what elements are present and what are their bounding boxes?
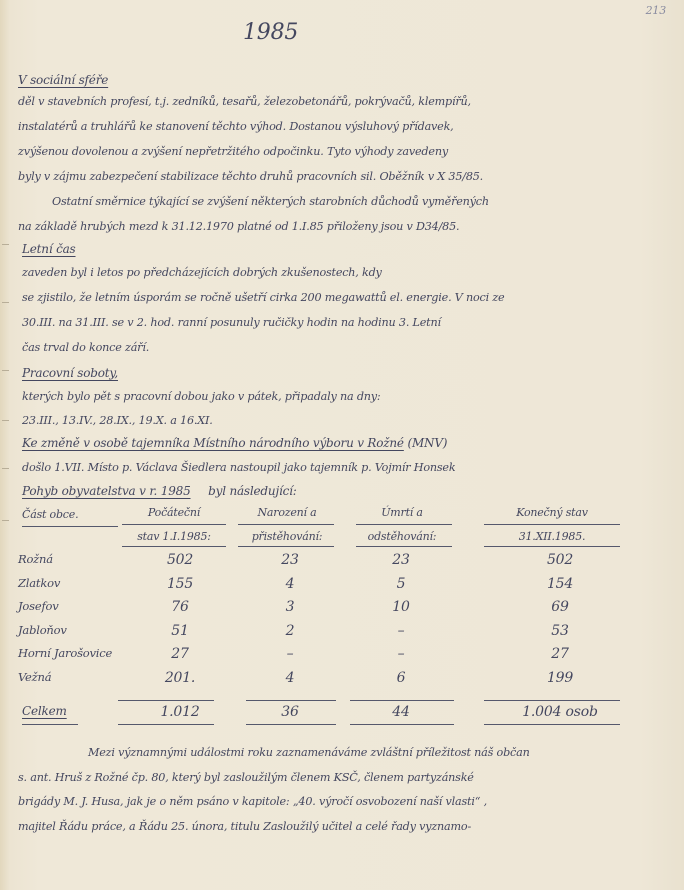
secretary-heading-text: Ke změně v osobě tajemníka Místního náro…	[22, 436, 404, 450]
column-header-out-line2: odstěhování:	[352, 530, 452, 543]
total-row-label: Celkem	[22, 704, 82, 718]
row-out: 10	[356, 599, 446, 615]
row-start: 76	[140, 599, 220, 615]
text-line: se zjistilo, že letním úsporám se ročně …	[22, 291, 504, 304]
column-header-end: Konečný stav	[482, 506, 622, 519]
row-in: 4	[250, 670, 330, 686]
row-out: 5	[356, 576, 446, 592]
row-start: 201.	[140, 670, 220, 686]
text-line: instalatérů a truhlářů ke stanovení těch…	[18, 120, 454, 133]
row-out: 23	[356, 552, 446, 568]
population-heading-suffix: byl následující:	[208, 484, 296, 498]
row-end: 27	[500, 646, 620, 662]
row-in: 2	[250, 623, 330, 639]
row-part-name: Vežná	[18, 670, 128, 684]
text-line: Mezi významnými událostmi roku zaznamená…	[88, 746, 530, 759]
column-header-in: Narození a	[236, 506, 338, 519]
text-line: čas trval do konce září.	[22, 341, 149, 354]
text-line: brigády M. J. Husa, jak je o něm psáno v…	[18, 795, 487, 808]
total-in: 36	[250, 704, 330, 720]
column-header-end-line2: 31.XII.1985.	[482, 530, 622, 543]
row-in: 3	[250, 599, 330, 615]
text-line: byly v zájmu zabezpečení stabilizace těc…	[18, 170, 483, 183]
row-end: 199	[500, 670, 620, 686]
text-line: kterých bylo pět s pracovní dobou jako v…	[22, 390, 381, 403]
page-binding-edge	[0, 0, 10, 890]
section-heading-summer-time: Letní čas	[22, 242, 76, 256]
row-part-name: Zlatkov	[18, 576, 128, 590]
row-part-name: Josefov	[18, 599, 128, 613]
text-line: děl v stavebních profesí, t.j. zedníků, …	[18, 95, 471, 108]
row-start: 502	[140, 552, 220, 568]
row-part-name: Jabloňov	[18, 623, 128, 637]
row-end: 53	[500, 623, 620, 639]
text-line: zvýšenou dovolenou a zvýšení nepřetržité…	[18, 145, 448, 158]
total-out: 44	[356, 704, 446, 720]
population-heading-text: Pohyb obyvatelstva v r. 1985	[22, 484, 191, 498]
text-line: došlo 1.VII. Místo p. Václava Šiedlera n…	[22, 461, 455, 474]
section-heading-population: Pohyb obyvatelstva v r. 1985 byl následu…	[22, 484, 297, 498]
row-start: 51	[140, 623, 220, 639]
year-heading: 1985	[243, 20, 298, 45]
row-start: 27	[140, 646, 220, 662]
row-part-name: Horní Jarošovice	[18, 646, 128, 660]
row-end: 69	[500, 599, 620, 615]
column-header-in-line2: přistěhování:	[236, 530, 338, 543]
row-out: –	[356, 623, 446, 639]
text-line: 23.III., 13.IV., 28.IX., 19.X. a 16.XI.	[22, 414, 213, 427]
section-heading-secretary: Ke změně v osobě tajemníka Místního náro…	[22, 436, 447, 450]
row-end: 154	[500, 576, 620, 592]
text-line: 30.III. na 31.III. se v 2. hod. ranní po…	[22, 316, 441, 329]
total-end: 1.004 osob	[500, 704, 620, 720]
column-header-out: Úmrtí a	[352, 506, 452, 519]
secretary-heading-suffix: (MNV)	[407, 436, 447, 450]
row-end: 502	[500, 552, 620, 568]
page-number: 213	[646, 4, 666, 17]
text-line: majitel Řádu práce, a Řádu 25. února, ti…	[18, 820, 471, 833]
column-header-start-line2: stav 1.I.1985:	[120, 530, 228, 543]
column-header-start: Počáteční	[120, 506, 228, 519]
text-line: na základě hrubých mezd k 31.12.1970 pla…	[18, 220, 459, 233]
column-header-part: Část obce.	[22, 508, 122, 521]
text-line: Ostatní směrnice týkající se zvýšení něk…	[52, 195, 489, 208]
chronicle-page: 213 1985 V sociální sféře děl v stavební…	[0, 0, 684, 890]
row-part-name: Rožná	[18, 552, 128, 566]
section-heading-working-saturdays: Pracovní soboty,	[22, 366, 118, 380]
row-out: 6	[356, 670, 446, 686]
row-in: –	[250, 646, 330, 662]
row-out: –	[356, 646, 446, 662]
total-start: 1.012	[140, 704, 220, 720]
text-line: s. ant. Hruš z Rožné čp. 80, který byl z…	[18, 771, 474, 784]
row-start: 155	[140, 576, 220, 592]
section-heading-social: V sociální sféře	[18, 73, 108, 87]
row-in: 23	[250, 552, 330, 568]
text-line: zaveden byl i letos po předcházejících d…	[22, 266, 382, 279]
row-in: 4	[250, 576, 330, 592]
